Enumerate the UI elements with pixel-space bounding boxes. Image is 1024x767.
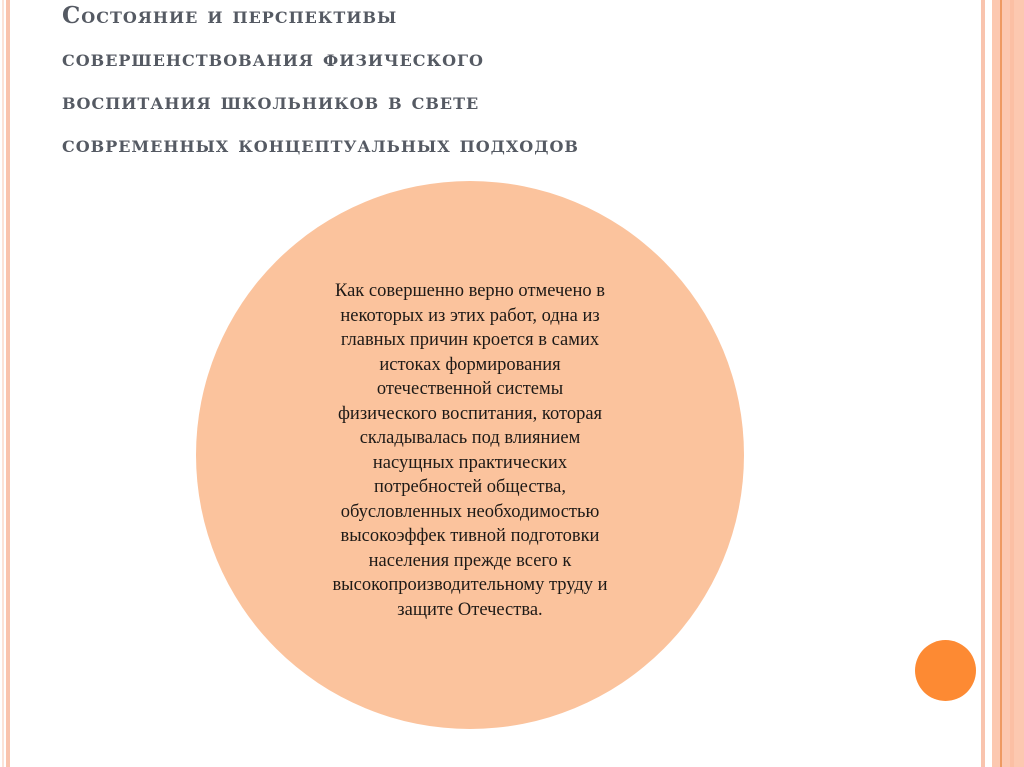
right-border-band-shade xyxy=(1010,0,1014,767)
body-line: высокопроизводительному труду и xyxy=(246,573,694,598)
body-line: главных причин кроется в самих xyxy=(246,328,694,353)
title-line: современных концептуальных подходов xyxy=(62,123,962,166)
body-line: защите Отечества. xyxy=(246,598,694,623)
body-line: некоторых из этих работ, одна из xyxy=(246,304,694,329)
body-line: Как совершенно верно отмечено в xyxy=(246,279,694,304)
title-line: воспитания школьников в свете xyxy=(62,80,962,123)
body-line: высокоэффек тивной подготовки xyxy=(246,524,694,549)
right-border-band xyxy=(992,0,1024,767)
body-line: насущных практических xyxy=(246,451,694,476)
body-line: складывалась под влиянием xyxy=(246,426,694,451)
title-line: Состояние и перспективы xyxy=(62,0,962,37)
circle-body-text: Как совершенно верно отмечено в некоторы… xyxy=(246,279,694,622)
body-line: отечественной системы xyxy=(246,377,694,402)
right-border-line xyxy=(1000,0,1002,767)
left-border-stripe xyxy=(6,0,10,767)
body-line: потребностей общества, xyxy=(246,475,694,500)
right-border-stripe-thin xyxy=(981,0,985,767)
orange-accent-dot xyxy=(915,640,976,701)
left-border-stripe-faint xyxy=(2,0,4,767)
body-line: истоках формирования xyxy=(246,353,694,378)
body-line: населения прежде всего к xyxy=(246,549,694,574)
slide-title: Состояние и перспективы совершенствовани… xyxy=(62,0,962,166)
body-line: обусловленных необходимостью xyxy=(246,500,694,525)
body-line: физического воспитания, которая xyxy=(246,402,694,427)
title-line: совершенствования физического xyxy=(62,37,962,80)
